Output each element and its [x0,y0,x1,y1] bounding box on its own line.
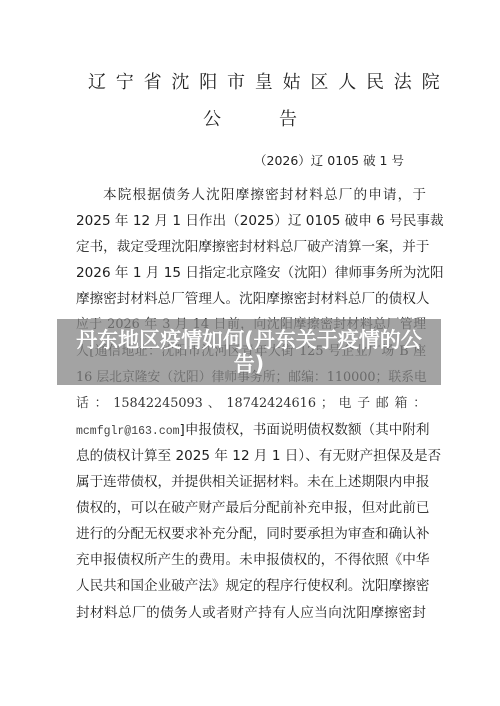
body-line: 债权的，可以在破产财产最后分配前补充申报，但对此前已 [76,495,426,521]
body-line: 2026 年 1 月 15 日指定北京隆安（沈阳）律师事务所为沈阳 [76,260,426,286]
court-name-heading: 辽宁省沈阳市皇姑区人民法院 [88,68,413,94]
overlay-title-banner: 丹东地区疫情如何(丹东关于疫情的公告) [57,319,441,385]
body-line: 封材料总厂的债务人或者财产持有人应当向沈阳摩擦密封 [76,600,426,626]
body-line: 2025 年 12 月 1 日作出（2025）辽 0105 破申 6 号民事裁 [76,208,426,234]
notice-title-char-2: 告 [279,105,297,131]
body-line: 充申报债权所产生的费用。未申报债权的，不得依照《中华 [76,547,426,573]
notice-page: 辽宁省沈阳市皇姑区人民法院 公 告 （2026）辽 0105 破 1 号 本院根… [0,0,500,706]
body-line-email: mcmfglr@163.com]申报债权，书面说明债权数额（其中附利 [76,417,426,443]
body-line: 进行的分配无权要求补充分配，同时要承担为审查和确认补 [76,521,426,547]
body-line: 人民共和国企业破产法》规定的程序行使权利。沈阳摩擦密 [76,573,426,599]
body-line: 话 ： 15842245093 、 18742424616 ； 电 子 邮 箱 … [76,391,426,417]
body-line-continuation: ]申报债权，书面说明债权数额（其中附利 [180,422,430,438]
notice-title: 公 告 [0,105,500,129]
body-line: 摩擦密封材料总厂管理人。沈阳摩擦密封材料总厂的债权人 [76,286,426,312]
body-line: 本院根据债务人沈阳摩擦密封材料总厂的申请，于 [76,182,426,208]
overlay-title-text: 丹东地区疫情如何(丹东关于疫情的公告) [64,328,434,376]
docket-number: （2026）辽 0105 破 1 号 [254,151,404,169]
notice-title-char-1: 公 [203,105,221,131]
body-line: 属于连带债权，并提供相关证据材料。未在上述期限内申报 [76,469,426,495]
email-address: mcmfglr@163.com [76,425,180,438]
notice-body: 本院根据债务人沈阳摩擦密封材料总厂的申请，于 2025 年 12 月 1 日作出… [76,182,426,626]
body-line: 息的债权计算至 2025 年 12 月 1 日）、有无财产担保及是否 [76,443,426,469]
body-line: 定书，裁定受理沈阳摩擦密封材料总厂破产清算一案，并于 [76,234,426,260]
